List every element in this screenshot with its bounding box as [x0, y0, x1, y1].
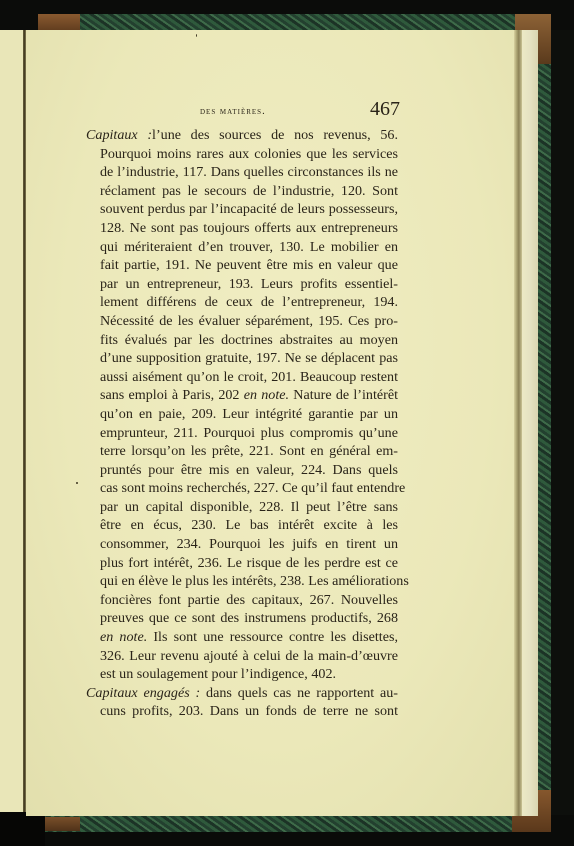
index-line: sans emploi à Paris, 202 en note. Nature… — [86, 386, 398, 405]
index-line: cas sont moins recherchés, 227. Ce qu’il… — [86, 479, 398, 498]
index-line: par un capital disponible, 228. Il peut … — [86, 498, 398, 517]
index-line: 326. Leur revenu ajouté à celui de la ma… — [86, 647, 398, 666]
index-line: d’une supposition gratuite, 197. Ne se d… — [86, 349, 398, 368]
index-line: preuves que ce sont des instrumens produ… — [86, 609, 398, 628]
index-line: aussi aisément qu’on le croit, 201. Beau… — [86, 368, 398, 387]
index-line: qu’on en paie, 209. Leur intégrité garan… — [86, 405, 398, 424]
index-line: qui en élève le plus les intérêts, 238. … — [86, 572, 398, 591]
running-title: DES MATIÈRES. — [200, 106, 266, 117]
index-line: fait partie, 191. Ne peuvent être mis en… — [86, 256, 398, 275]
index-line: est un soulagement pour l’indigence, 402… — [86, 665, 398, 684]
note-reference: en note. — [100, 629, 147, 645]
index-line: emprunteur, 211. Pourquoi plus compromis… — [86, 424, 398, 443]
page-edge-shadow — [514, 30, 522, 816]
index-line: Capitaux :l’une des sources de nos reven… — [86, 126, 398, 145]
paper-speck — [196, 34, 197, 37]
index-line: de l’industrie, 117. Dans quelles circon… — [86, 163, 398, 182]
page-fore-edge — [522, 30, 538, 816]
index-line: Pourquoi moins rares aux colonies que le… — [86, 145, 398, 164]
page-number: 467 — [370, 98, 400, 121]
index-line: pruntés pour être mis en valeur, 224. Da… — [86, 461, 398, 480]
index-line: fits évalués par les doctrines abstraite… — [86, 331, 398, 350]
paper-speck — [76, 482, 78, 484]
index-line: réclament pas le secours de l’industrie,… — [86, 182, 398, 201]
index-line: foncières font partie des capitaux, 267.… — [86, 591, 398, 610]
index-line: en note. Ils sont une ressource contre l… — [86, 628, 398, 647]
index-term: Capitaux engagés : — [86, 685, 200, 701]
index-term: Capitaux : — [86, 127, 152, 143]
index-line: souvent perdus par l’incapacité de leurs… — [86, 200, 398, 219]
index-line: 128. Ne sont pas toujours offerts aux en… — [86, 219, 398, 238]
index-line: plus fort intérêt, 236. Le risque de les… — [86, 554, 398, 573]
index-line: par un entrepreneur, 193. Leurs profits … — [86, 275, 398, 294]
index-text: Capitaux :l’une des sources de nos reven… — [86, 126, 398, 721]
index-line: qui mériteraient d’en trouver, 130. Le m… — [86, 238, 398, 257]
index-line: lement différens de ceux de l’entreprene… — [86, 293, 398, 312]
index-line: Capitaux engagés : dans quels cas ne rap… — [86, 684, 398, 703]
page-header: DES MATIÈRES. 467 — [86, 96, 386, 120]
index-line: être en écus, 230. Le bas intérêt excite… — [86, 516, 398, 535]
index-line: terre lorsqu’on les prête, 221. Sont en … — [86, 442, 398, 461]
note-reference: en note. — [244, 387, 289, 403]
index-line: Nécessité de les évaluer séparément, 195… — [86, 312, 398, 331]
index-line: cuns profits, 203. Dans un fonds de terr… — [86, 702, 398, 721]
index-line: consommer, 234. Pourquoi les juifs en ti… — [86, 535, 398, 554]
